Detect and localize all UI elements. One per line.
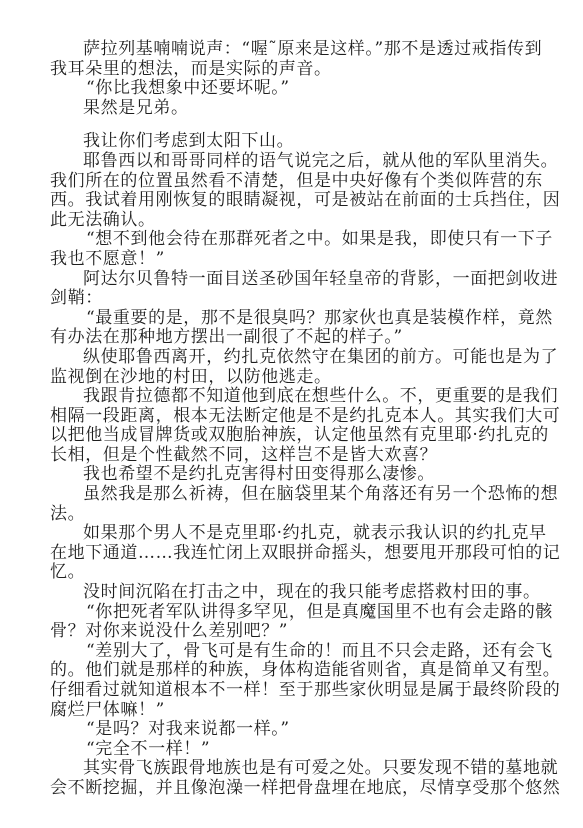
dialogue-paragraph: “最重要的是，那不是很臭吗？那家伙也真是装模作样，竟然有办法在那种地方摆出一副很… (50, 309, 535, 348)
text-line: 阿达尔贝鲁特一面目送圣砂国年轻皇帝的背影，一面把剑收进 (50, 270, 535, 290)
text-line: 其实骨飞族跟骨地族也是有可爱之处。只要发现不错的墓地就 (50, 759, 535, 779)
narrative-paragraph: 耶鲁西以和哥哥同样的语气说完之后，就从他的军队里消失。我们所在的位置虽然看不清楚… (50, 152, 535, 230)
narrative-paragraph: 我也希望不是约扎克害得村田变得那么凄惨。 (50, 465, 535, 485)
text-line: “最重要的是，那不是很臭吗？那家伙也真是装模作样，竟然 (50, 309, 535, 329)
section-break (50, 118, 535, 132)
text-line: 我耳朵里的想法，而是实际的声音。 (50, 60, 535, 80)
text-line: 我们所在的位置虽然看不清楚，但是中央好像有个类似阵营的东 (50, 172, 535, 192)
text-line: 我让你们考虑到太阳下山。 (50, 132, 535, 152)
text-line: “是吗？对我来说都一样。” (50, 720, 535, 740)
section: 我让你们考虑到太阳下山。耶鲁西以和哥哥同样的语气说完之后，就从他的军队里消失。我… (50, 132, 535, 798)
text-line: 法。 (50, 505, 535, 525)
narrative-paragraph: 萨拉列基喃喃说声：“喔˜原来是这样。”那不是透过戒指传到我耳朵里的想法，而是实际… (50, 40, 535, 79)
text-line: 我也不愿意！” (50, 250, 535, 270)
text-line: 没时间沉陷在打击之中，现在的我只能考虑搭救村田的事。 (50, 583, 535, 603)
text-line: 以把他当成冒牌货或双胞胎神族，认定他虽然有克里耶·约扎克的 (50, 426, 535, 446)
narrative-paragraph: 阿达尔贝鲁特一面目送圣砂国年轻皇帝的背影，一面把剑收进剑鞘： (50, 270, 535, 309)
text-line: “想不到他会待在那群死者之中。如果是我，即使只有一下子 (50, 230, 535, 250)
text-line: 剑鞘： (50, 289, 535, 309)
text-line: 果然是兄弟。 (50, 99, 535, 119)
text-line: “你把死者军队讲得多罕见，但是真魔国里不也有会走路的骸 (50, 603, 535, 623)
narrative-paragraph: 其实骨飞族跟骨地族也是有可爱之处。只要发现不错的墓地就会不断挖掘，并且像泡澡一样… (50, 759, 535, 798)
text-line: 仔细看过就知道根本不一样！至于那些家伙明显是属于最终阶段的 (50, 681, 535, 701)
narrative-paragraph: 没时间沉陷在打击之中，现在的我只能考虑搭救村田的事。 (50, 583, 535, 603)
dialogue-paragraph: “你把死者军队讲得多罕见，但是真魔国里不也有会走路的骸骨？对你来说没什么差别吧？… (50, 603, 535, 642)
text-line: 我跟肯拉德都不知道他到底在想些什么。不，更重要的是我们 (50, 387, 535, 407)
text-line: 会不断挖掘，并且像泡澡一样把骨盘埋在地底，尽情享受那个悠然 (50, 779, 535, 799)
dialogue-paragraph: “是吗？对我来说都一样。” (50, 720, 535, 740)
text-line: 有办法在那种地方摆出一副很了不起的样子。” (50, 328, 535, 348)
section: 萨拉列基喃喃说声：“喔˜原来是这样。”那不是透过戒指传到我耳朵里的想法，而是实际… (50, 40, 535, 118)
text-line: 耶鲁西以和哥哥同样的语气说完之后，就从他的军队里消失。 (50, 152, 535, 172)
narrative-paragraph: 纵使耶鲁西离开，约扎克依然守在集团的前方。可能也是为了监视倒在沙地的村田，以防他… (50, 348, 535, 387)
text-line: 西。我试着用刚恢复的眼睛凝视，可是被站在前面的士兵挡住，因 (50, 191, 535, 211)
text-line: 忆。 (50, 563, 535, 583)
narrative-paragraph: 我让你们考虑到太阳下山。 (50, 132, 535, 152)
text-line: 长相，但是个性截然不同，这样岂不是皆大欢喜？ (50, 446, 535, 466)
dialogue-paragraph: “想不到他会待在那群死者之中。如果是我，即使只有一下子我也不愿意！” (50, 230, 535, 269)
narrative-paragraph: 我跟肯拉德都不知道他到底在想些什么。不，更重要的是我们相隔一段距离，根本无法断定… (50, 387, 535, 465)
text-line: 腐烂尸体嘛！” (50, 701, 535, 721)
text-line: “你比我想象中还要坏呢。” (50, 79, 535, 99)
text-line: 骨？对你来说没什么差别吧？” (50, 622, 535, 642)
text-line: 相隔一段距离，根本无法断定他是不是约扎克本人。其实我们大可 (50, 407, 535, 427)
narrative-paragraph: 如果那个男人不是克里耶·约扎克，就表示我认识的约扎克早在地下通道……我连忙闭上双… (50, 524, 535, 583)
text-line: “完全不一样！” (50, 740, 535, 760)
text-line: 虽然我是那么祈祷，但在脑袋里某个角落还有另一个恐怖的想 (50, 485, 535, 505)
dialogue-paragraph: “差别大了，骨飞可是有生命的！而且不只会走路，还有会飞的。他们就是那样的种族，身… (50, 642, 535, 720)
text-line: 此无法确认。 (50, 211, 535, 231)
document-page: 萨拉列基喃喃说声：“喔˜原来是这样。”那不是透过戒指传到我耳朵里的想法，而是实际… (50, 40, 535, 799)
text-line: “差别大了，骨飞可是有生命的！而且不只会走路，还有会飞 (50, 642, 535, 662)
text-line: 我也希望不是约扎克害得村田变得那么凄惨。 (50, 465, 535, 485)
text-line: 在地下通道……我连忙闭上双眼拼命摇头，想要甩开那段可怕的记 (50, 544, 535, 564)
narrative-paragraph: 果然是兄弟。 (50, 99, 535, 119)
text-line: 如果那个男人不是克里耶·约扎克，就表示我认识的约扎克早 (50, 524, 535, 544)
text-line: 监视倒在沙地的村田，以防他逃走。 (50, 368, 535, 388)
dialogue-paragraph: “你比我想象中还要坏呢。” (50, 79, 535, 99)
text-line: 的。他们就是那样的种族，身体构造能省则省，真是简单又有型。 (50, 661, 535, 681)
narrative-paragraph: 虽然我是那么祈祷，但在脑袋里某个角落还有另一个恐怖的想法。 (50, 485, 535, 524)
text-line: 萨拉列基喃喃说声：“喔˜原来是这样。”那不是透过戒指传到 (50, 40, 535, 60)
text-line: 纵使耶鲁西离开，约扎克依然守在集团的前方。可能也是为了 (50, 348, 535, 368)
dialogue-paragraph: “完全不一样！” (50, 740, 535, 760)
